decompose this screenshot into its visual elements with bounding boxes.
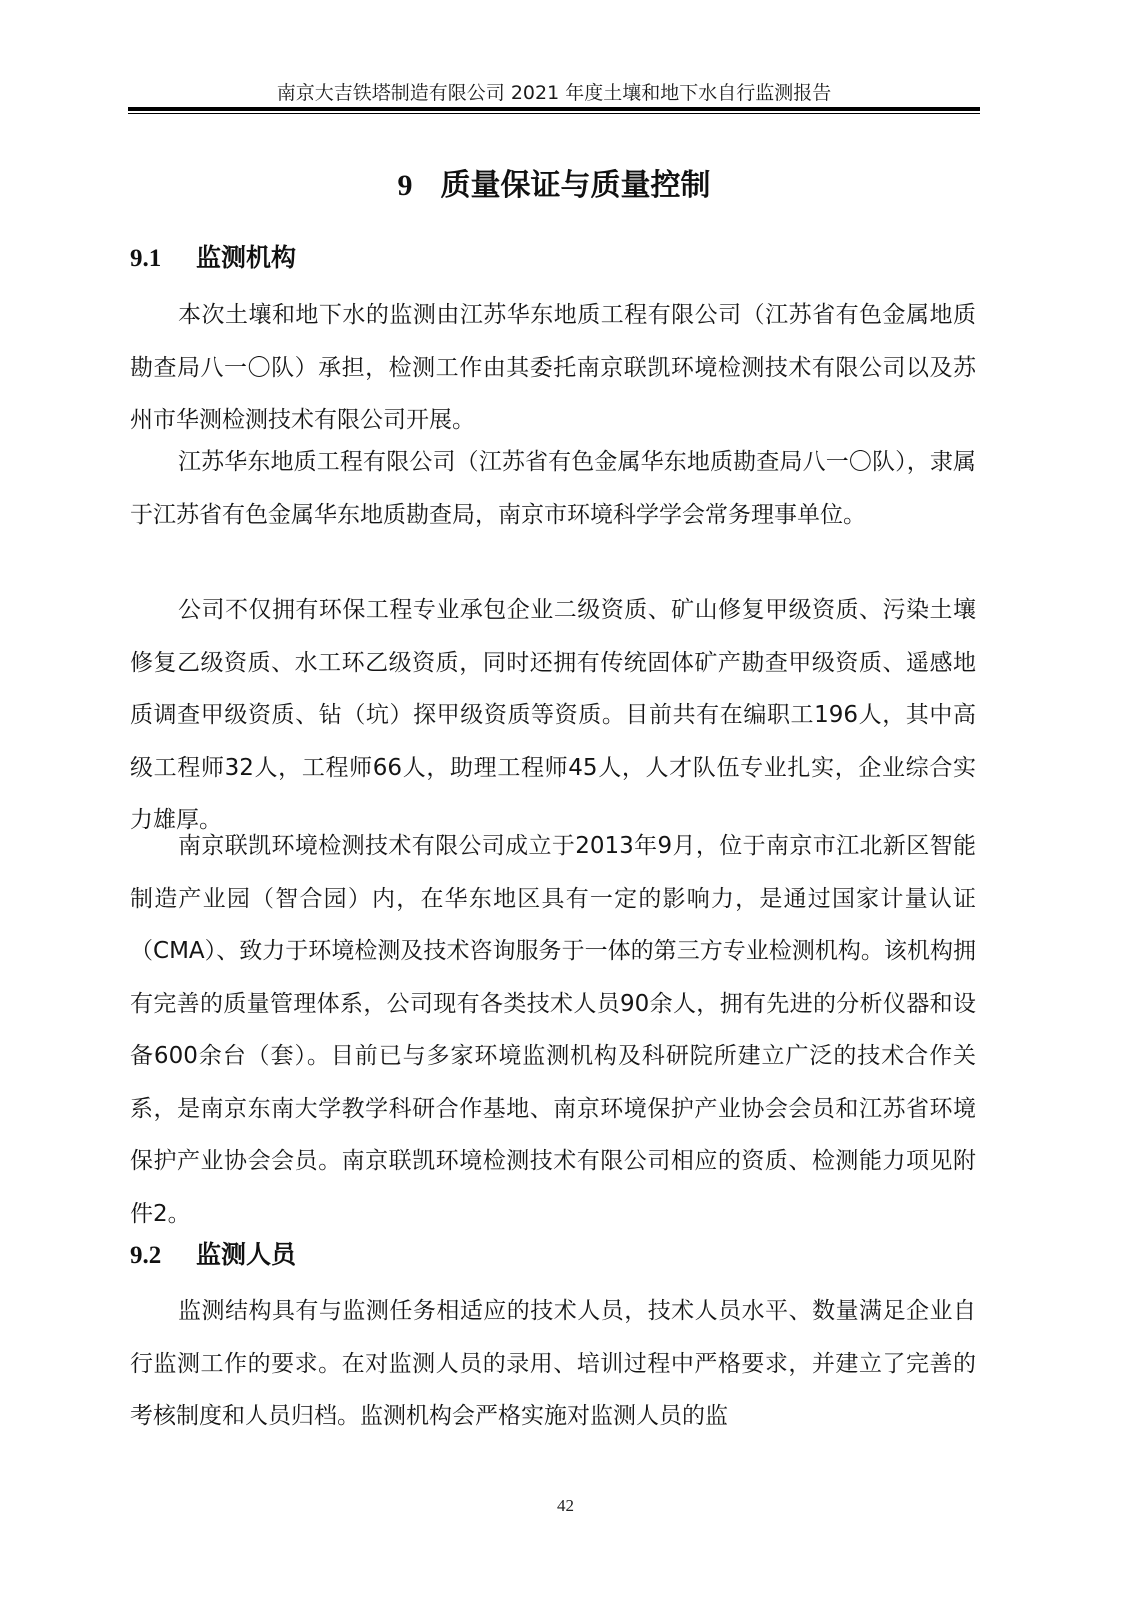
page-number: 42 [0, 1496, 1131, 1516]
paragraph-qualifications: 公司不仅拥有环保工程专业承包企业二级资质、矿山修复甲级资质、污染土壤修复乙级资质… [130, 584, 976, 847]
header-double-rule [128, 107, 980, 114]
section-heading-9-1: 9.1监测机构 [130, 238, 296, 274]
chapter-heading: 质量保证与质量控制 [441, 168, 711, 203]
section-title-text: 监测机构 [196, 243, 296, 272]
paragraph-monitoring-staff: 监测结构具有与监测任务相适应的技术人员，技术人员水平、数量满足企业自行监测工作的… [130, 1285, 976, 1443]
section-title-text: 监测人员 [196, 1240, 296, 1269]
running-header: 南京大吉铁塔制造有限公司 2021 年度土壤和地下水自行监测报告 [128, 78, 980, 105]
section-number: 9.2 [130, 1242, 196, 1270]
paragraph-huadong-geology: 江苏华东地质工程有限公司（江苏省有色金属华东地质勘查局八一〇队），隶属于江苏省有… [130, 436, 976, 541]
chapter-number: 9 [398, 169, 413, 202]
section-number: 9.1 [130, 245, 196, 273]
header-rule-thin [128, 113, 980, 114]
paragraph-liankai-lab: 南京联凯环境检测技术有限公司成立于2013年9月，位于南京市江北新区智能制造产业… [130, 820, 976, 1240]
paragraph-monitoring-agency: 本次土壤和地下水的监测由江苏华东地质工程有限公司（江苏省有色金属地质勘查局八一〇… [130, 289, 976, 447]
chapter-title: 9质量保证与质量控制 [128, 160, 980, 204]
section-heading-9-2: 9.2监测人员 [130, 1235, 296, 1271]
